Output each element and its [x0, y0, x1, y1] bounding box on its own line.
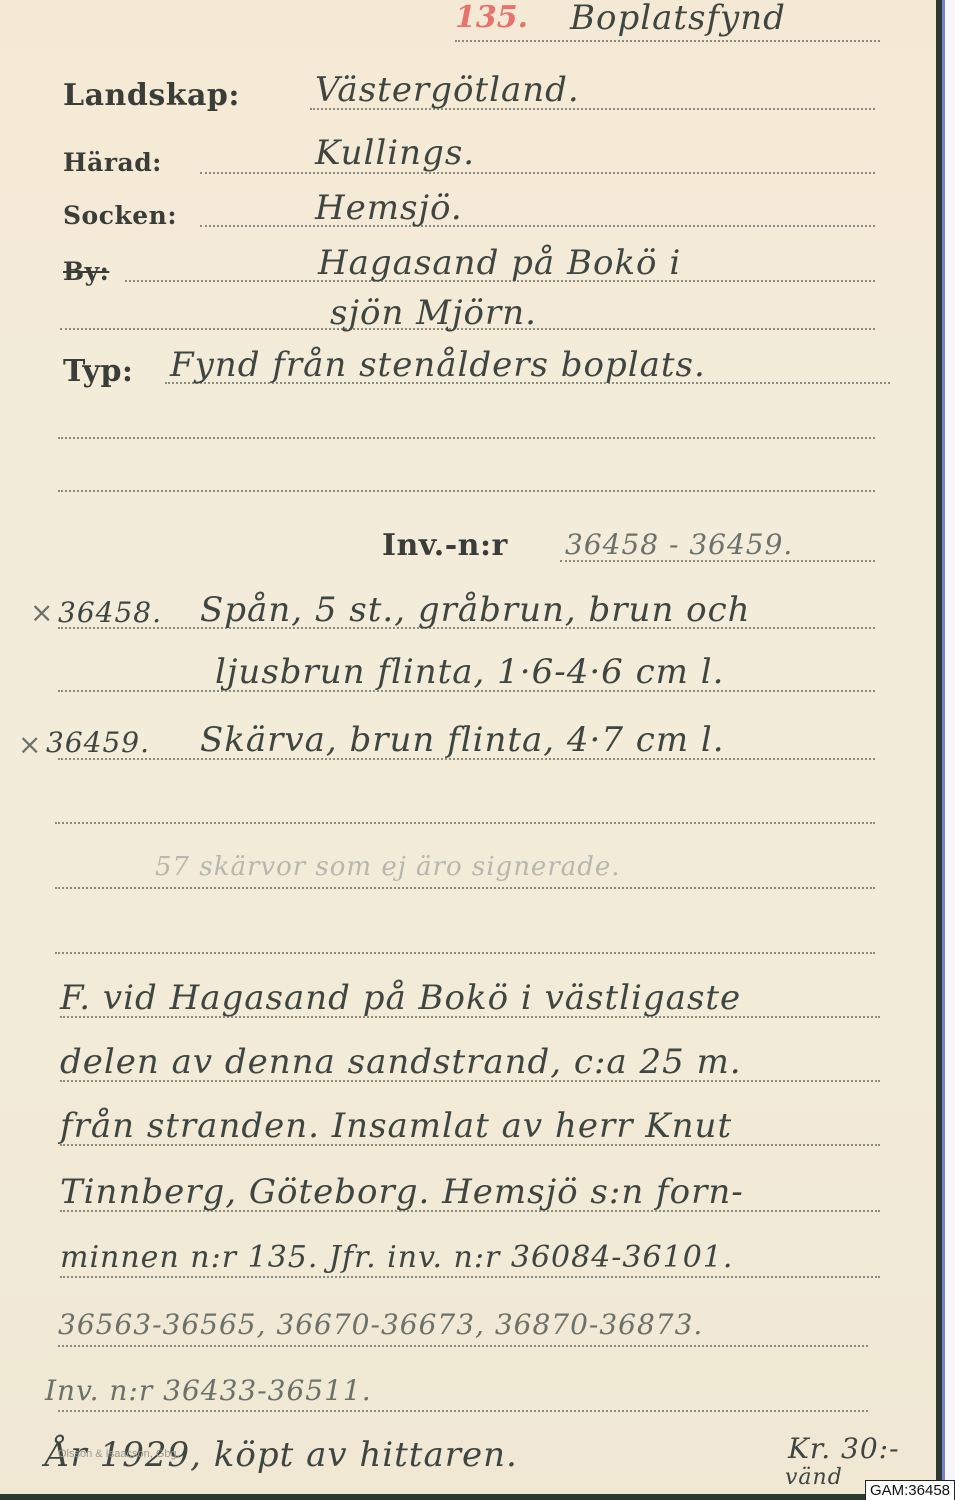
landskap-value: Västergötland. [315, 70, 580, 110]
item-mark: × [30, 596, 54, 629]
description-line: 36563-36565, 36670-36673, 36870-36873. [58, 1308, 703, 1341]
typ-label: Typ: [63, 354, 134, 389]
description-line: delen av denna sandstrand, c:a 25 m. [60, 1042, 742, 1082]
price: Kr. 30:- [788, 1432, 900, 1465]
catalog-id-label: GAM:36458 [865, 1480, 955, 1500]
item-description: Spån, 5 st., gråbrun, brun och [200, 590, 751, 630]
harad-label: Härad: [63, 148, 162, 177]
by-label: By: [63, 257, 109, 286]
inventory-value: 36458 - 36459. [565, 528, 793, 561]
dotted-line [58, 437, 875, 439]
printer-stamp: Olsson & Isaacson, Gbg. [58, 1448, 180, 1460]
category-value: Boplatsfynd [570, 0, 786, 38]
harad-value: Kullings. [315, 133, 475, 173]
description-line: Inv. n:r 36433-36511. [45, 1374, 372, 1407]
description-line: F. vid Hagasand på Bokö i västligaste [60, 978, 741, 1018]
scan-margin [945, 0, 955, 1500]
dotted-line [60, 1276, 880, 1278]
item-description-line2: ljusbrun flinta, 1·6-4·6 cm l. [215, 652, 724, 692]
by-value-line2: sjön Mjörn. [330, 293, 537, 333]
dotted-line [455, 40, 880, 42]
item-description: Skärva, brun flinta, 4·7 cm l. [200, 720, 725, 760]
socken-label: Socken: [63, 201, 177, 230]
typ-value: Fynd från stenålders boplats. [170, 345, 706, 385]
dotted-line [200, 172, 875, 174]
dotted-line [200, 225, 875, 227]
item-mark: × [18, 728, 42, 761]
catalog-card: 135. Boplatsfynd Landskap: Västergötland… [0, 0, 938, 1500]
item-number: 36458. [58, 596, 162, 629]
description-line: Tinnberg, Göteborg. Hemsjö s:n forn- [60, 1172, 744, 1212]
dotted-line [55, 952, 875, 954]
landskap-label: Landskap: [63, 78, 240, 113]
dotted-line [58, 490, 875, 492]
dotted-line [55, 822, 875, 824]
item-number: 36459. [46, 726, 150, 759]
by-value: Hagasand på Bokö i [318, 243, 681, 283]
socken-value: Hemsjö. [315, 188, 463, 228]
description-line: från stranden. Insamlat av herr Knut [60, 1106, 732, 1146]
pencil-note: 57 skärvor som ej äro signerade. [155, 852, 621, 882]
description-line: minnen n:r 135. Jfr. inv. n:r 36084-3610… [60, 1240, 733, 1275]
red-reference-number: 135. [455, 0, 528, 35]
dotted-line [55, 887, 875, 889]
card-border-bottom [0, 1494, 942, 1500]
dotted-line [58, 1345, 868, 1347]
dotted-line [58, 1410, 868, 1412]
turn-note: vänd [785, 1465, 843, 1490]
inventory-label: Inv.-n:r [382, 528, 508, 563]
